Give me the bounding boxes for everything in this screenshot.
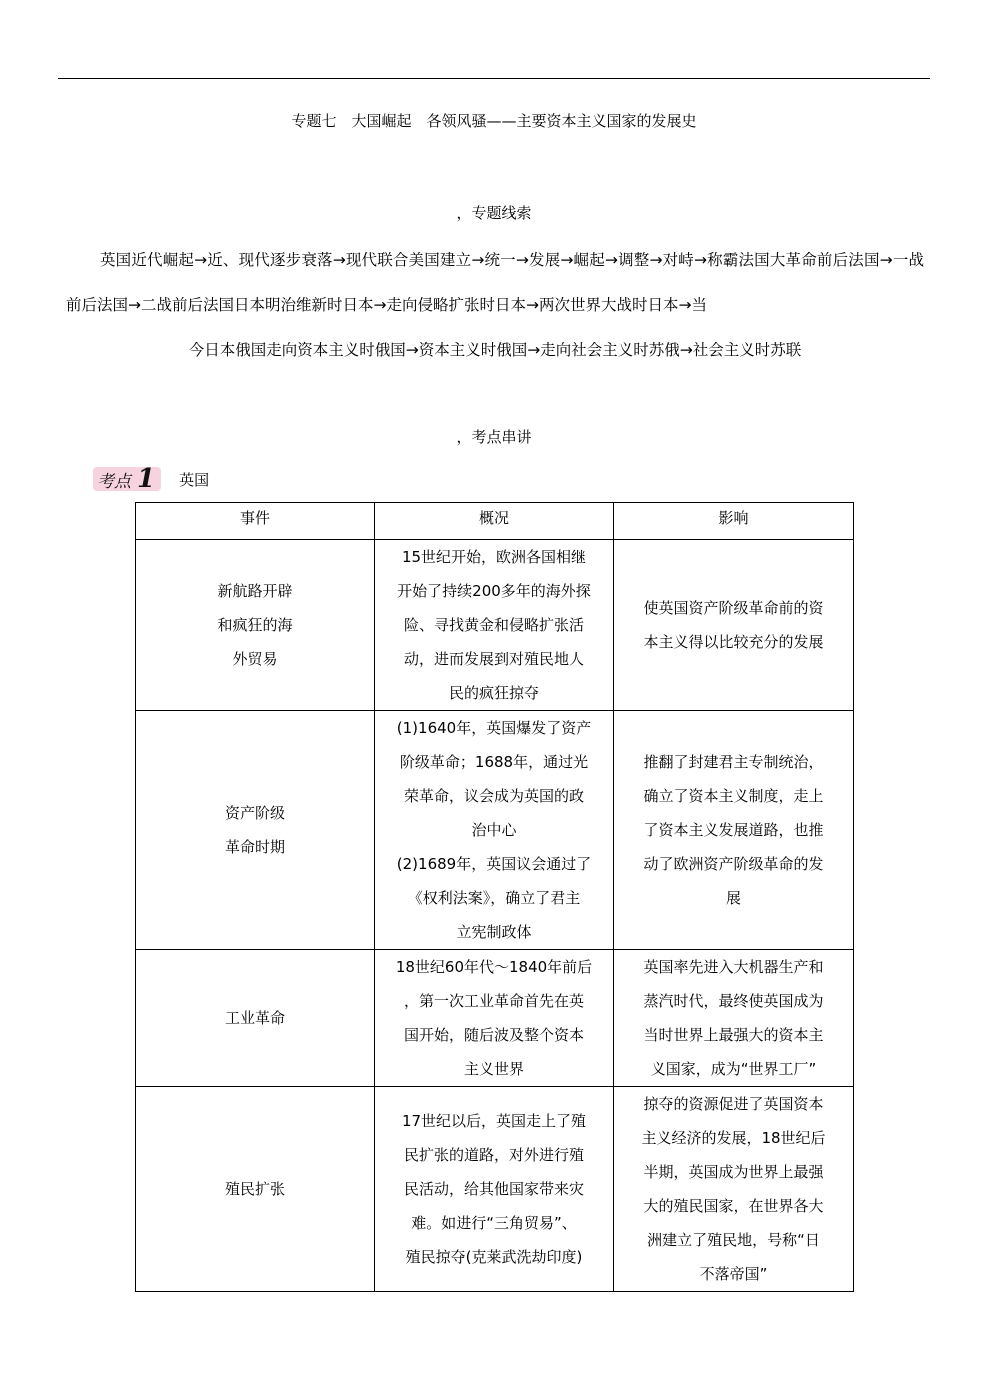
clues-line-3: 今日本俄国走向资本主义时俄国→资本主义时俄国→走向社会主义时苏俄→社会主义时苏联 bbox=[66, 328, 924, 373]
impact-cell: 推翻了封建君主专制统治， 确立了资本主义制度，走上 了资本主义发展道路，也推 动… bbox=[614, 711, 854, 950]
cell-line: 推翻了封建君主专制统治， bbox=[622, 745, 845, 779]
impact-cell: 掠夺的资源促进了英国资本 主义经济的发展，18世纪后 半期，英国成为世界上最强 … bbox=[614, 1087, 854, 1292]
cell-line: 当时世界上最强大的资本主 bbox=[622, 1018, 845, 1052]
cell-line: 险、寻找黄金和侵略扩张活 bbox=[383, 608, 605, 642]
kaodian-badge-text: 考点 bbox=[97, 467, 131, 492]
cell-line: 难。如进行“三角贸易”、 bbox=[383, 1206, 605, 1240]
table-row: 工业革命 18世纪60年代～1840年前后 ，第一次工业革命首先在英 国开始，随… bbox=[136, 950, 854, 1087]
cell-line: 外贸易 bbox=[144, 642, 366, 676]
section-heading-points: ，考点串讲 bbox=[0, 426, 988, 447]
clues-paragraph: 英国近代崛起→近、现代逐步衰落→现代联合美国建立→统一→发展→崛起→调整→对峙→… bbox=[66, 238, 924, 373]
cell-line: 治中心 bbox=[383, 813, 605, 847]
cell-line: 了资本主义发展道路，也推 bbox=[622, 813, 845, 847]
impact-cell: 使英国资产阶级革命前的资 本主义得以比较充分的发展 bbox=[614, 540, 854, 711]
event-cell: 工业革命 bbox=[136, 950, 375, 1087]
britain-history-table: 事件 概况 影响 新航路开辟 和疯狂的海 外贸易 15世纪开始，欧洲各国相继 开… bbox=[135, 502, 854, 1292]
cell-line: (1)1640年，英国爆发了资产 bbox=[383, 711, 605, 745]
cell-line: 动了欧洲资产阶级革命的发 bbox=[622, 847, 845, 881]
cell-line: 掠夺的资源促进了英国资本 bbox=[622, 1087, 845, 1121]
overview-cell: 18世纪60年代～1840年前后 ，第一次工业革命首先在英 国开始，随后波及整个… bbox=[375, 950, 614, 1087]
kaodian-label: 英国 bbox=[179, 469, 209, 490]
clues-line-1: 英国近代崛起→近、现代逐步衰落→现代联合美国建立→统一→发展→崛起→调整→对峙→… bbox=[100, 251, 817, 269]
overview-cell: 17世纪以后，英国走上了殖 民扩张的道路，对外进行殖 民活动，给其他国家带来灾 … bbox=[375, 1087, 614, 1292]
cell-line: 《权利法案》，确立了君主 bbox=[383, 881, 605, 915]
kaodian-heading: 考点 1 英国 bbox=[93, 466, 209, 492]
cell-line: 革命时期 bbox=[144, 830, 366, 864]
cell-line: 主义经济的发展，18世纪后 bbox=[622, 1121, 845, 1155]
cell-line: 殖民掠夺(克莱武洗劫印度) bbox=[383, 1240, 605, 1274]
overview-cell: (1)1640年，英国爆发了资产 阶级革命；1688年，通过光 荣革命，议会成为… bbox=[375, 711, 614, 950]
impact-cell: 英国率先进入大机器生产和 蒸汽时代，最终使英国成为 当时世界上最强大的资本主 义… bbox=[614, 950, 854, 1087]
cell-line: 18世纪60年代～1840年前后 bbox=[383, 950, 605, 984]
cell-line: 民活动，给其他国家带来灾 bbox=[383, 1172, 605, 1206]
table-row: 殖民扩张 17世纪以后，英国走上了殖 民扩张的道路，对外进行殖 民活动，给其他国… bbox=[136, 1087, 854, 1292]
event-cell: 殖民扩张 bbox=[136, 1087, 375, 1292]
table-row: 新航路开辟 和疯狂的海 外贸易 15世纪开始，欧洲各国相继 开始了持续200多年… bbox=[136, 540, 854, 711]
cell-line: 大的殖民国家，在世界各大 bbox=[622, 1189, 845, 1223]
cell-line: 义国家，成为“世界工厂” bbox=[622, 1052, 845, 1086]
cell-line: 民扩张的道路，对外进行殖 bbox=[383, 1138, 605, 1172]
kaodian-badge-number: 1 bbox=[137, 467, 155, 491]
kaodian-badge: 考点 1 bbox=[93, 467, 161, 491]
table-row: 资产阶级 革命时期 (1)1640年，英国爆发了资产 阶级革命；1688年，通过… bbox=[136, 711, 854, 950]
event-cell: 新航路开辟 和疯狂的海 外贸易 bbox=[136, 540, 375, 711]
header-rule bbox=[58, 78, 930, 79]
header-event: 事件 bbox=[136, 503, 375, 540]
cell-line: ，第一次工业革命首先在英 bbox=[383, 984, 605, 1018]
event-cell: 资产阶级 革命时期 bbox=[136, 711, 375, 950]
header-impact: 影响 bbox=[614, 503, 854, 540]
cell-line: 半期，英国成为世界上最强 bbox=[622, 1155, 845, 1189]
overview-cell: 15世纪开始，欧洲各国相继 开始了持续200多年的海外探 险、寻找黄金和侵略扩张… bbox=[375, 540, 614, 711]
cell-line: 本主义得以比较充分的发展 bbox=[622, 625, 845, 659]
cell-line: 殖民扩张 bbox=[144, 1172, 366, 1206]
cell-line: 阶级革命；1688年，通过光 bbox=[383, 745, 605, 779]
cell-line: 15世纪开始，欧洲各国相继 bbox=[383, 540, 605, 574]
cell-line: 开始了持续200多年的海外探 bbox=[383, 574, 605, 608]
cell-line: 和疯狂的海 bbox=[144, 608, 366, 642]
cell-line: (2)1689年，英国议会通过了 bbox=[383, 847, 605, 881]
cell-line: 立宪制政体 bbox=[383, 915, 605, 949]
cell-line: 17世纪以后，英国走上了殖 bbox=[383, 1104, 605, 1138]
cell-line: 国开始，随后波及整个资本 bbox=[383, 1018, 605, 1052]
header-overview: 概况 bbox=[375, 503, 614, 540]
cell-line: 洲建立了殖民地，号称“日 bbox=[622, 1223, 845, 1257]
cell-line: 动，进而发展到对殖民地人 bbox=[383, 642, 605, 676]
cell-line: 荣革命，议会成为英国的政 bbox=[383, 779, 605, 813]
cell-line: 新航路开辟 bbox=[144, 574, 366, 608]
cell-line: 工业革命 bbox=[144, 1001, 366, 1035]
cell-line: 不落帝国” bbox=[622, 1257, 845, 1291]
cell-line: 资产阶级 bbox=[144, 796, 366, 830]
cell-line: 民的疯狂掠夺 bbox=[383, 676, 605, 710]
document-title: 专题七 大国崛起 各领风骚——主要资本主义国家的发展史 bbox=[0, 110, 988, 131]
cell-line: 英国率先进入大机器生产和 bbox=[622, 950, 845, 984]
section-heading-clues: ，专题线索 bbox=[0, 202, 988, 223]
cell-line: 蒸汽时代，最终使英国成为 bbox=[622, 984, 845, 1018]
cell-line: 主义世界 bbox=[383, 1052, 605, 1086]
table-header-row: 事件 概况 影响 bbox=[136, 503, 854, 540]
cell-line: 确立了资本主义制度，走上 bbox=[622, 779, 845, 813]
cell-line: 使英国资产阶级革命前的资 bbox=[622, 591, 845, 625]
cell-line: 展 bbox=[622, 881, 845, 915]
